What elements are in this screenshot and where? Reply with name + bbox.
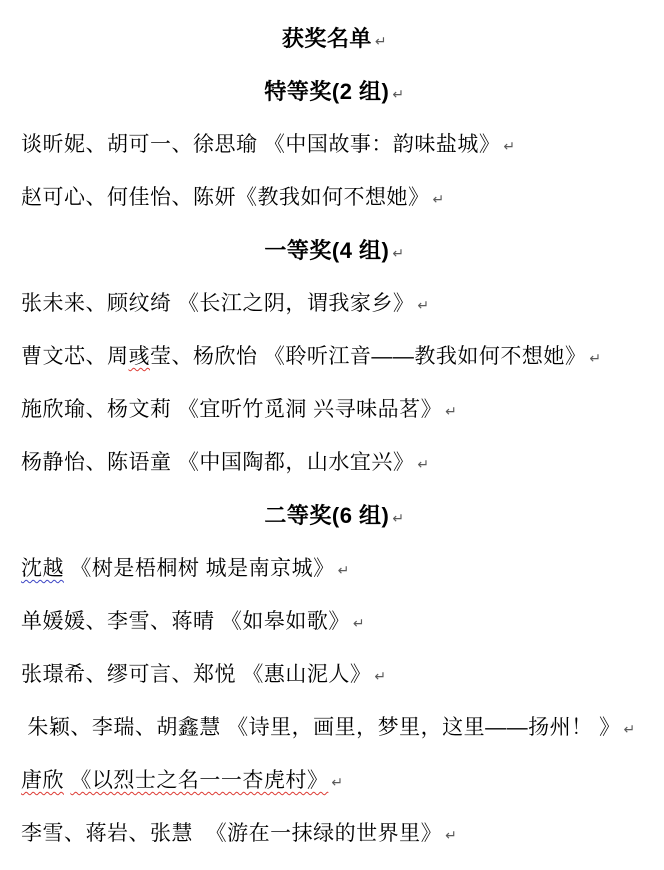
paragraph-mark-icon: ↵ xyxy=(417,456,429,472)
paragraph-mark-icon: ↵ xyxy=(375,33,387,49)
entry-text: 张璟希、缪可言、郑悦 《惠山泥人》 xyxy=(21,663,371,686)
entry-text: 赵可心、何佳怡、陈妍《教我如何不想她》 xyxy=(21,186,430,209)
spellcheck-red-squiggle-text: 彧 xyxy=(129,345,151,368)
paragraph-mark-icon: ↵ xyxy=(445,827,457,843)
paragraph-mark-icon: ↵ xyxy=(503,138,515,154)
entry-text: 莹、杨欣怡 《聆听江音——教我如何不想她》 xyxy=(150,345,586,368)
spellcheck-blue-squiggle-text: 沈越 xyxy=(21,557,64,580)
document-page: 获奖名单↵ 特等奖(2 组)↵谈昕妮、胡可一、徐思瑜 《中国故事：韵味盐城》↵赵… xyxy=(0,0,664,870)
entry-text: 朱颖、李瑞、胡鑫慧 《诗里，画里，梦里，这里——扬州！ 》 xyxy=(21,716,621,739)
spellcheck-red-squiggle-text: 《以烈士之名一一杏虎村》 xyxy=(70,769,328,792)
entry-text: 李雪、蒋岩、张慧 《游在一抹绿的世界里》 xyxy=(21,822,442,845)
section-heading-text: 一等奖(4 组) xyxy=(264,238,389,263)
document-title: 获奖名单 xyxy=(282,26,372,51)
entry-text: 张未来、顾纹绮 《长江之阴，谓我家乡》 xyxy=(21,292,414,315)
award-entry-line[interactable]: 张璟希、缪可言、郑悦 《惠山泥人》↵ xyxy=(21,648,648,701)
paragraph-mark-icon: ↵ xyxy=(392,245,404,261)
paragraph-mark-icon: ↵ xyxy=(392,86,404,102)
award-entry-line[interactable]: 谈昕妮、胡可一、徐思瑜 《中国故事：韵味盐城》↵ xyxy=(21,118,648,171)
section-heading-text: 特等奖(2 组) xyxy=(264,79,389,104)
section-heading-line[interactable]: 二等奖(6 组)↵ xyxy=(21,489,648,542)
entry-text: 杨静怡、陈语童 《中国陶都，山水宜兴》 xyxy=(21,451,414,474)
award-entry-line[interactable]: 施欣瑜、杨文莉 《宜听竹觅洞 兴寻味品茗》↵ xyxy=(21,383,648,436)
paragraph-mark-icon: ↵ xyxy=(417,297,429,313)
paragraph-mark-icon: ↵ xyxy=(589,350,601,366)
award-entry-line[interactable]: 赵可心、何佳怡、陈妍《教我如何不想她》↵ xyxy=(21,171,648,224)
award-entry-line[interactable]: 沈越 《树是梧桐树 城是南京城》↵ xyxy=(21,542,648,595)
award-entry-line[interactable]: 曹文芯、周彧莹、杨欣怡 《聆听江音——教我如何不想她》↵ xyxy=(21,330,648,383)
paragraph-mark-icon: ↵ xyxy=(374,668,386,684)
paragraph-mark-icon: ↵ xyxy=(624,721,636,737)
award-entry-line[interactable]: 唐欣 《以烈士之名一一杏虎村》↵ xyxy=(21,754,648,807)
award-entry-line[interactable]: 杨静怡、陈语童 《中国陶都，山水宜兴》↵ xyxy=(21,436,648,489)
entry-text: 单媛媛、李雪、蒋晴 《如皋如歌》 xyxy=(21,610,350,633)
paragraph-mark-icon: ↵ xyxy=(392,510,404,526)
paragraph-mark-icon: ↵ xyxy=(338,562,350,578)
award-entry-line[interactable]: 张未来、顾纹绮 《长江之阴，谓我家乡》↵ xyxy=(21,277,648,330)
paragraph-mark-icon: ↵ xyxy=(331,774,343,790)
section-heading-line[interactable]: 一等奖(4 组)↵ xyxy=(21,224,648,277)
award-entry-line[interactable]: 朱颖、李瑞、胡鑫慧 《诗里，画里，梦里，这里——扬州！ 》↵ xyxy=(21,701,648,754)
entry-text: 曹文芯、周 xyxy=(21,345,129,368)
paragraph-mark-icon: ↵ xyxy=(445,403,457,419)
entry-text: 《树是梧桐树 城是南京城》 xyxy=(64,557,335,580)
spellcheck-red-squiggle-text: 唐欣 xyxy=(21,769,64,792)
sections-container: 特等奖(2 组)↵谈昕妮、胡可一、徐思瑜 《中国故事：韵味盐城》↵赵可心、何佳怡… xyxy=(21,65,648,860)
award-entry-line[interactable]: 李雪、蒋岩、张慧 《游在一抹绿的世界里》↵ xyxy=(21,807,648,860)
paragraph-mark-icon: ↵ xyxy=(433,191,445,207)
entry-text: 施欣瑜、杨文莉 《宜听竹觅洞 兴寻味品茗》 xyxy=(21,398,442,421)
paragraph-mark-icon: ↵ xyxy=(353,615,365,631)
award-entry-line[interactable]: 单媛媛、李雪、蒋晴 《如皋如歌》↵ xyxy=(21,595,648,648)
section-heading-text: 二等奖(6 组) xyxy=(264,503,389,528)
entry-text: 谈昕妮、胡可一、徐思瑜 《中国故事：韵味盐城》 xyxy=(21,133,500,156)
section-heading-line[interactable]: 特等奖(2 组)↵ xyxy=(21,65,648,118)
document-title-line[interactable]: 获奖名单↵ xyxy=(21,12,648,65)
